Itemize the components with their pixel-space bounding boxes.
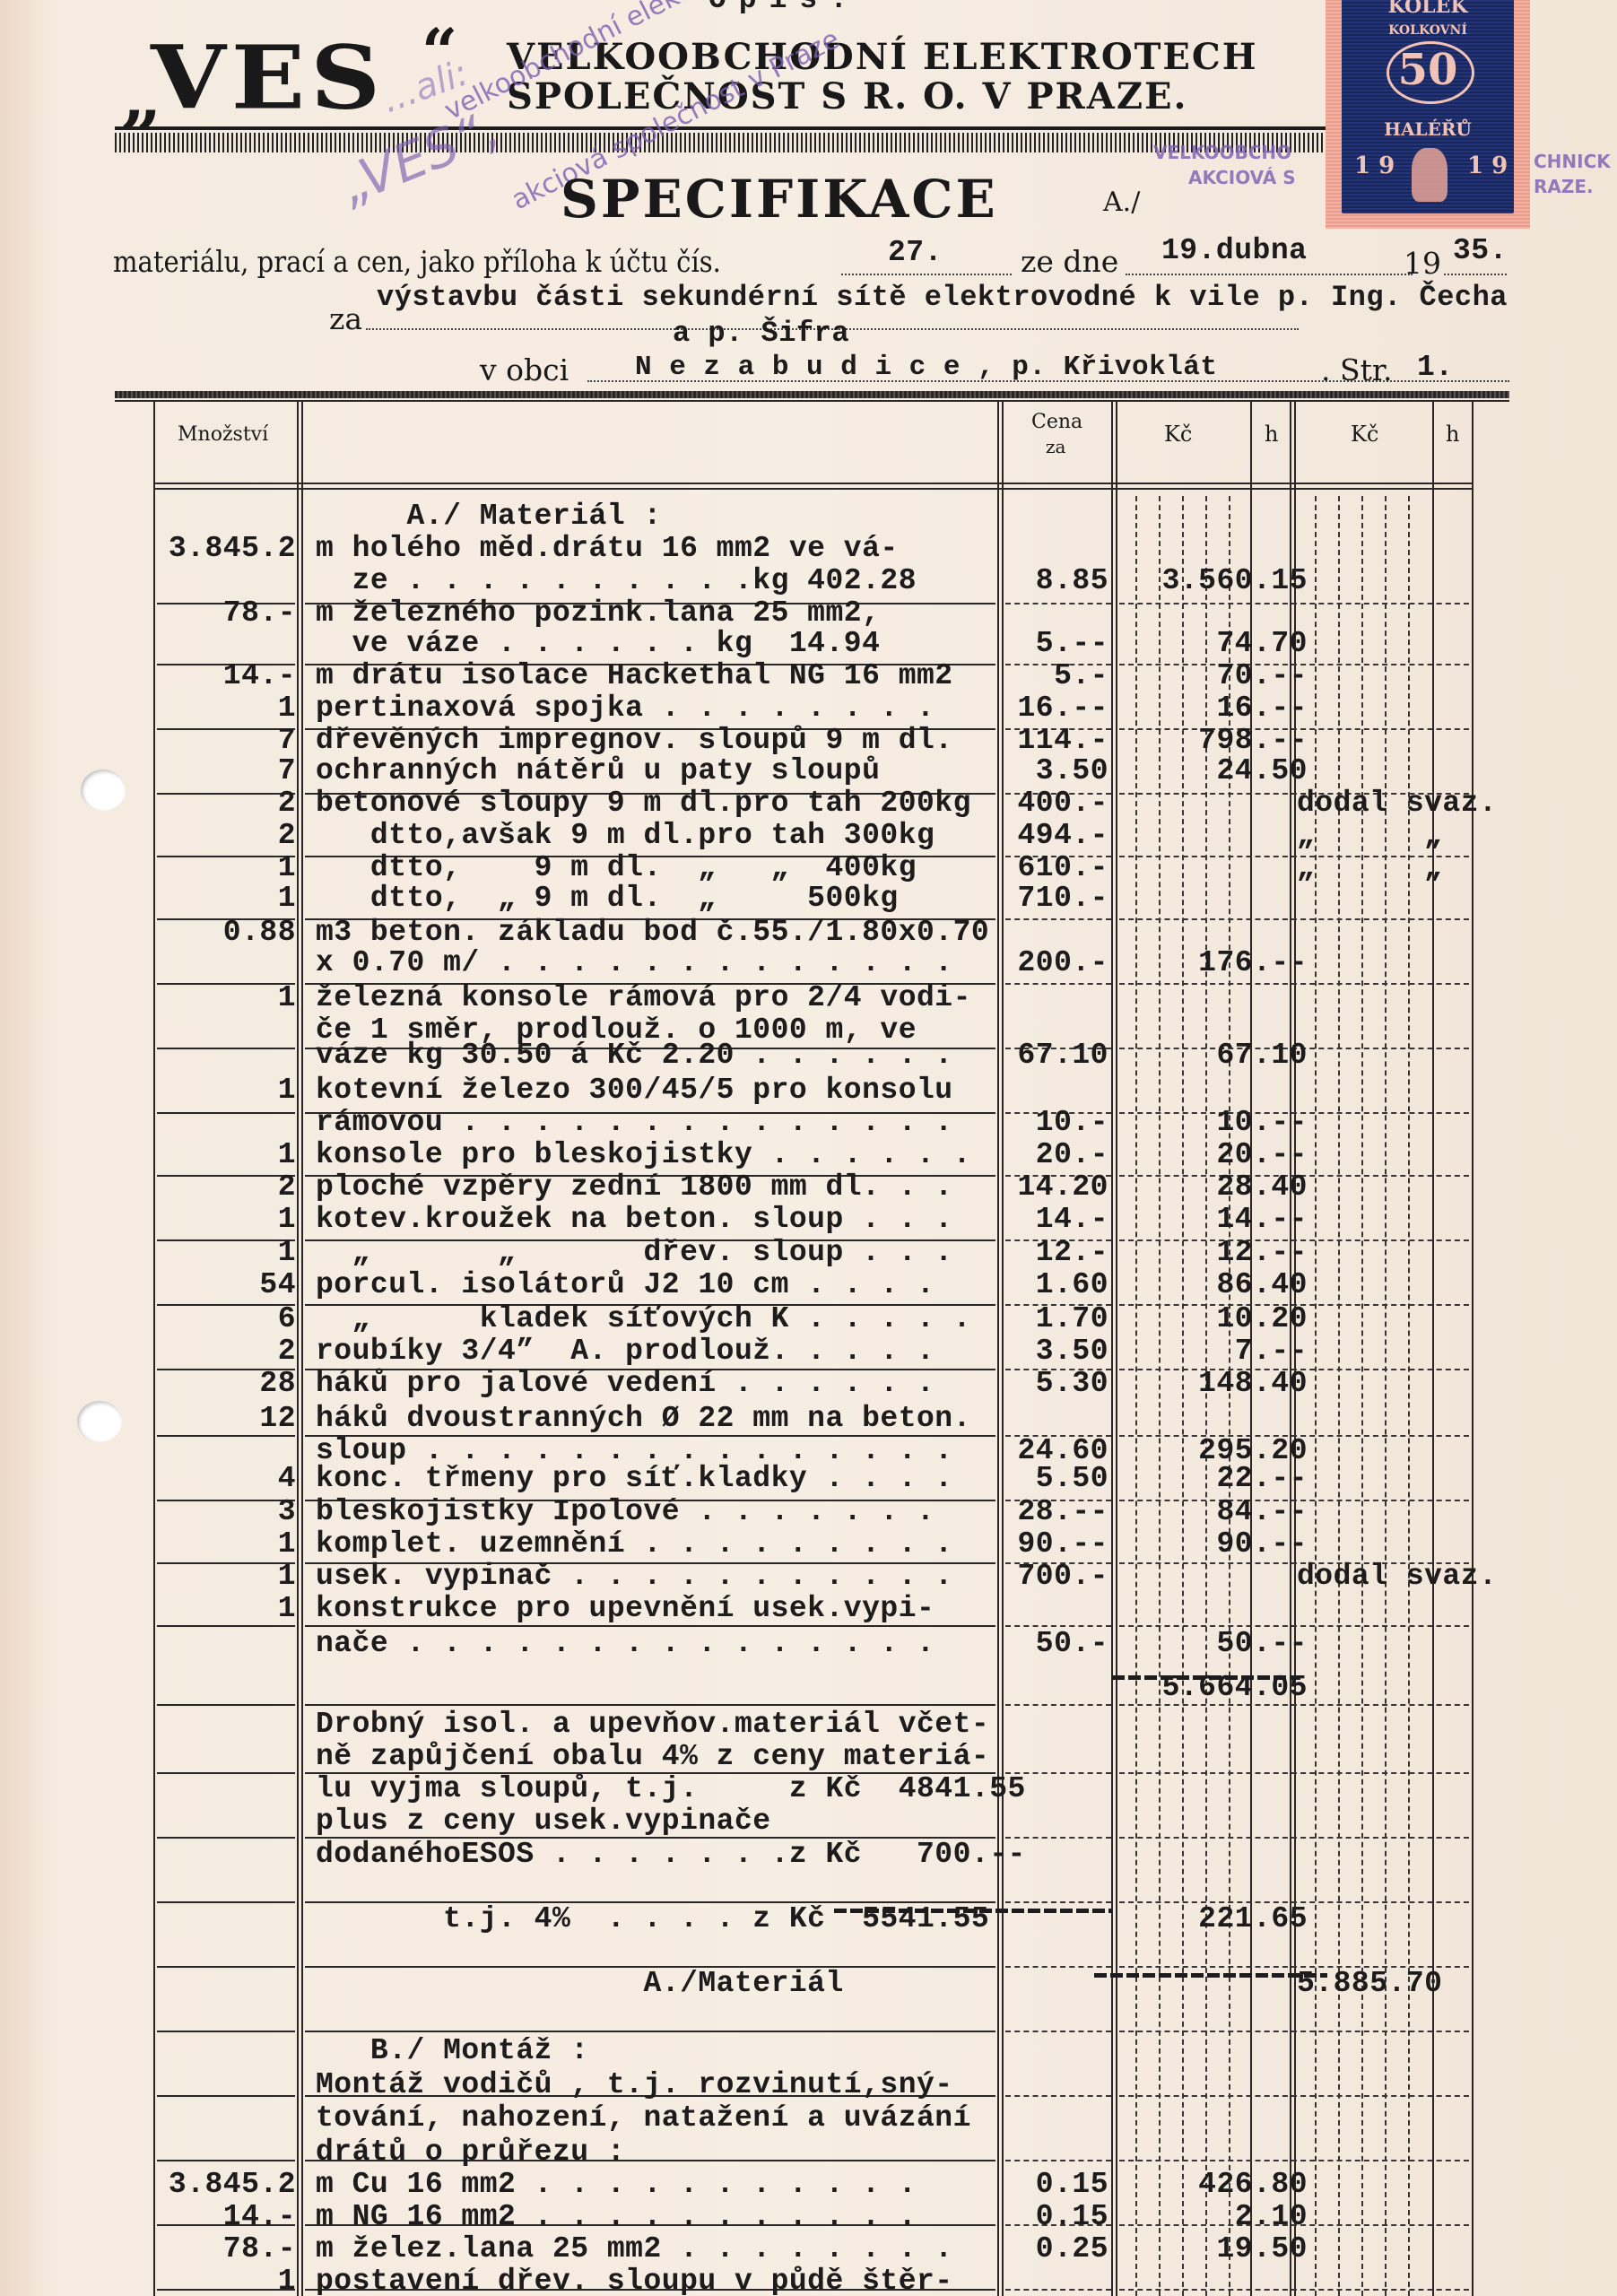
row-unit-price: 0.25: [997, 2233, 1108, 2266]
row-amount: 50.--: [1112, 1628, 1308, 1660]
row-unit-price: 710.-: [997, 883, 1108, 915]
purple-stamp-right-line2-left: AKCIOVÁ S: [1188, 167, 1296, 188]
row-quantity: 1: [152, 852, 296, 884]
row-unit-price: 200.-: [997, 947, 1108, 979]
row-description: B./ Montáž :: [316, 2035, 589, 2067]
header-bottom-rule: [153, 483, 1472, 484]
row-rule-dashed: [1119, 2095, 1469, 2097]
row-description: železná konsole rámová pro 2/4 vodi-: [316, 982, 971, 1014]
row-description: drátů o průřezu :: [316, 2136, 625, 2169]
digit-guide: [1385, 496, 1387, 2296]
row-unit-price: 50.-: [997, 1628, 1108, 1660]
row-rule: [157, 1772, 295, 1774]
row-rule-dashed: [1119, 983, 1469, 985]
row-amount: 28.40: [1112, 1171, 1308, 1204]
row-rule: [305, 1704, 995, 1706]
row-description: ve váze . . . . . . kg 14.94: [316, 628, 880, 660]
row-quantity: 6: [152, 1303, 296, 1335]
row-rule-dashed: [1005, 2031, 1111, 2032]
row-amount: 14.--: [1112, 1204, 1308, 1236]
header-price-line2: za: [1046, 436, 1065, 457]
row-quantity: 7: [152, 755, 296, 787]
revenue-stamp: KOLEK KOLKOVNÍ 50 HALÉŘŮ 1 9 1 9: [1326, 0, 1530, 229]
row-unit-price: 0.15: [997, 2201, 1108, 2233]
purpose-line1: výstavbu části sekundérní sítě elektrovo…: [377, 282, 1508, 314]
row-unit-price: 5.--: [997, 628, 1108, 660]
row-amount: 176.--: [1112, 947, 1308, 979]
header-price-line1: Cena: [1031, 411, 1082, 433]
row-quantity: 1: [152, 883, 296, 915]
date-value: 19.dubna: [1161, 235, 1307, 267]
row-unit-price: 400.-: [997, 787, 1108, 820]
row-unit-price: 700.-: [997, 1561, 1108, 1593]
purple-stamp-right-line1-right: CHNICK: [1534, 151, 1611, 172]
row-unit-price: 494.-: [997, 820, 1108, 852]
row-rule: [157, 1966, 295, 1968]
row-quantity: 3.845.2: [152, 533, 296, 565]
row-description: A./Materiál: [316, 1968, 844, 2000]
row-description: rámovou . . . . . . . . . . . . . .: [316, 1107, 953, 1139]
row-description: porcul. isolátorů J2 10 cm . . . .: [316, 1269, 935, 1301]
row-amount: 2.10: [1112, 2201, 1308, 2233]
row-unit-price: 10.-: [997, 1107, 1108, 1139]
row-quantity: 12: [152, 1403, 296, 1435]
digit-guide: [1361, 496, 1363, 2296]
row-description: konc. třmeny pro síť.kladky . . . .: [316, 1463, 953, 1495]
subtotal-dash-rule: [1112, 1675, 1300, 1680]
row-description: pertinaxová spojka . . . . . . . .: [316, 692, 935, 725]
row-rule-dashed: [1119, 2160, 1469, 2161]
row-quantity: 0.88: [152, 917, 296, 949]
row-quantity: 1: [152, 982, 296, 1014]
row-amount: 16.--: [1112, 692, 1308, 725]
row-amount: 24.50: [1112, 755, 1308, 787]
document-title: SPECIFIKACE: [561, 169, 998, 230]
row-amount: 67.10: [1112, 1039, 1308, 1072]
row-unit-price: 5.-: [997, 660, 1108, 692]
row-description: m drátu isolace Hackethal NG 16 mm2: [316, 660, 953, 692]
row-quantity: 3.845.2: [152, 2169, 296, 2201]
row-description: ochranných nátěrů u paty sloupů: [316, 755, 880, 787]
revenue-stamp-top: KOLEK: [1342, 0, 1514, 18]
row-rule-dashed: [1005, 1901, 1111, 1903]
row-amount: 10.20: [1112, 1303, 1308, 1335]
revenue-stamp-unit: HALÉŘŮ: [1342, 118, 1514, 140]
row-rule: [157, 1625, 295, 1627]
row-unit-price: 5.30: [997, 1368, 1108, 1400]
row-amount: 7.--: [1112, 1335, 1308, 1368]
row-rule-dashed: [1119, 1837, 1469, 1839]
row-rule: [157, 1837, 295, 1839]
row-rule: [157, 1901, 295, 1903]
row-quantity: 2: [152, 1171, 296, 1204]
row-unit-price: 14.-: [997, 1204, 1108, 1236]
row-description: postavení dřev. sloupu v půdě štěr-: [316, 2266, 953, 2296]
row-amount: 70.--: [1112, 660, 1308, 692]
row-amount: 74.70: [1112, 628, 1308, 660]
row-amount-2: dodal svaz.: [1297, 1561, 1602, 1593]
row-rule-dashed: [1005, 603, 1111, 604]
revenue-stamp-year-left: 1 9: [1354, 152, 1399, 179]
purpose-line2: a p. Šifra: [673, 317, 849, 350]
row-description: dodanéhoESOS . . . . . . .z Kč 700.--: [316, 1839, 1026, 1871]
digit-guide: [1408, 496, 1410, 2296]
row-rule-dashed: [1005, 918, 1111, 920]
revenue-stamp-lion-icon: [1412, 148, 1447, 202]
document-title-suffix: A./: [1103, 187, 1140, 218]
header-kc-2: Kč: [1351, 422, 1378, 447]
header-quantity: Množství: [178, 423, 268, 446]
row-quantity: 4: [152, 1463, 296, 1495]
row-rule-dashed: [1119, 2289, 1469, 2291]
purple-stamp-right-line2-right: RAZE.: [1534, 176, 1594, 197]
row-unit-price: 67.10: [997, 1039, 1108, 1072]
page-label: . Str.: [1321, 352, 1393, 387]
row-unit-price: 8.85: [997, 565, 1108, 597]
row-rule: [157, 1435, 295, 1437]
row-description: nače . . . . . . . . . . . . . . .: [316, 1628, 935, 1660]
row-quantity: 1: [152, 1139, 296, 1171]
row-description: komplet. uzemnění . . . . . . . . .: [316, 1528, 953, 1561]
za-label: za: [329, 301, 362, 336]
date-label: ze dne: [1021, 244, 1118, 279]
row-unit-price: 610.-: [997, 852, 1108, 884]
row-unit-price: 12.-: [997, 1237, 1108, 1269]
row-rule: [157, 1704, 295, 1706]
row-quantity: 14.-: [152, 660, 296, 692]
row-quantity: 1: [152, 1593, 296, 1625]
row-description: dtto,avšak 9 m dl.pro tah 300kg: [316, 820, 935, 852]
row-description: „ kladek síťových K . . . . .: [316, 1303, 971, 1335]
row-amount: 20.--: [1112, 1139, 1308, 1171]
row-description: „ „ dřev. sloup . . .: [316, 1237, 953, 1269]
row-quantity: 2: [152, 1335, 296, 1368]
row-rule-dashed: [1119, 603, 1469, 604]
row-amount-2: „ „: [1297, 852, 1602, 884]
row-rule: [157, 1112, 295, 1114]
row-description: tování, nahození, natažení a uvázání: [316, 2102, 971, 2135]
row-description: m železného pozink.lana 25 mm2,: [316, 597, 880, 630]
row-amount: 19.50: [1112, 2233, 1308, 2266]
header-h-2: h: [1446, 422, 1459, 447]
row-rule-dashed: [1005, 983, 1111, 985]
row-unit-price: 1.60: [997, 1269, 1108, 1301]
row-rule-dashed: [1119, 2031, 1469, 2032]
row-description: háků dvoustranných Ø 22 mm na beton.: [316, 1403, 971, 1435]
header-h-1: h: [1265, 422, 1278, 447]
row-description: dtto, „ 9 m dl. „ 500kg: [316, 883, 899, 915]
row-description: dtto, 9 m dl. „ „ 400kg: [316, 852, 917, 884]
row-amount: 426.80: [1112, 2169, 1308, 2201]
row-description: usek. vypinač . . . . . . . . . . .: [316, 1561, 953, 1593]
row-description: m NG 16 mm2 . . . . . . . . . . .: [316, 2201, 917, 2233]
row-unit-price: 14.20: [997, 1171, 1108, 1204]
row-unit-price: 1.70: [997, 1303, 1108, 1335]
row-unit-price: 114.-: [997, 725, 1108, 757]
row-description: kotev.kroužek na beton. sloup . . .: [316, 1204, 953, 1236]
row-amount: 221.65: [1112, 1903, 1308, 1935]
row-quantity: 1: [152, 1528, 296, 1561]
punch-hole-top: [81, 770, 126, 811]
col-border-right: [1472, 402, 1474, 2296]
row-rule-dashed: [1119, 1704, 1469, 1706]
row-amount: 12.--: [1112, 1237, 1308, 1269]
row-unit-price: 28.--: [997, 1496, 1108, 1528]
row-description: konsole pro bleskojistky . . . . . .: [316, 1139, 971, 1171]
col-border-qty-2: [301, 402, 303, 2296]
purple-stamp-right-line1-left: VELKOOBCHO: [1153, 142, 1291, 163]
row-rule-dashed: [1005, 2289, 1111, 2291]
row-description: A./ Materiál :: [316, 500, 662, 533]
row-amount-2: „ „: [1297, 820, 1602, 852]
table-top-rule: [115, 391, 1509, 398]
row-description: ze . . . . . . . . . .kg 402.28: [316, 565, 917, 597]
punch-hole-bottom: [77, 1401, 122, 1442]
row-unit-price: 20.-: [997, 1139, 1108, 1171]
row-unit-price: 5.50: [997, 1463, 1108, 1495]
company-logo: VES: [151, 27, 386, 128]
row-rule-dashed: [1119, 918, 1469, 920]
row-amount: 84.--: [1112, 1496, 1308, 1528]
table-top-rule-2: [115, 400, 1509, 402]
date-dots: [1126, 274, 1413, 275]
row-quantity: 3: [152, 1496, 296, 1528]
revenue-stamp-value: 50: [1342, 45, 1514, 95]
col-border-h2: [1432, 402, 1434, 2296]
row-rule-dashed: [1119, 1772, 1469, 1774]
row-rule-dashed: [1005, 2160, 1111, 2161]
header-bottom-rule-2: [153, 488, 1472, 490]
row-description: m želez.lana 25 mm2 . . . . . . . .: [316, 2233, 953, 2266]
row-description: x 0.70 m/ . . . . . . . . . . . . .: [316, 947, 953, 979]
invoice-number: 27.: [888, 237, 943, 269]
row-description: ně zapůjčení obalu 4% z ceny materiá-: [316, 1741, 989, 1773]
row-amount-2: 5.885.70: [1297, 1968, 1602, 2000]
company-name-line2: SPOLEČNOST S R. O. V PRAZE.: [507, 75, 1187, 117]
row-description: roubíky 3/4” A. prodlouž. . . . .: [316, 1335, 935, 1368]
row-description: m3 beton. základu bod č.55./1.80x0.70: [316, 917, 989, 949]
year-prefix: 19: [1404, 246, 1441, 281]
obec-value: N e z a b u d i c e , p. Křivoklát: [635, 352, 1218, 384]
col-border-qty: [297, 402, 299, 2296]
row-rule: [157, 2160, 295, 2161]
row-quantity: 1: [152, 692, 296, 725]
row-rule: [157, 2095, 295, 2097]
year-suffix: 35.: [1453, 235, 1508, 267]
row-rule: [157, 2031, 295, 2032]
letterhead-rule: [115, 126, 1334, 130]
obec-label: v obci: [480, 352, 569, 387]
copy-label: Opis.: [709, 0, 860, 16]
row-quantity: 1: [152, 1561, 296, 1593]
letterhead-hatched-band: [115, 133, 1334, 152]
row-description: m Cu 16 mm2 . . . . . . . . . . .: [316, 2169, 917, 2201]
row-amount: 798.--: [1112, 725, 1308, 757]
row-rule-dashed: [1005, 1966, 1111, 1968]
row-amount: 148.40: [1112, 1368, 1308, 1400]
row-description: Drobný isol. a upevňov.materiál včet-: [316, 1709, 989, 1741]
row-quantity: 1: [152, 1074, 296, 1107]
row-description: m holého měd.drátu 16 mm2 ve vá-: [316, 533, 899, 565]
invoice-no-dots: [841, 274, 1012, 275]
row-description: Montáž vodičů , t.j. rozvinutí,sný-: [316, 2069, 953, 2101]
base-sum-dash-rule: [834, 1909, 1112, 1913]
row-quantity: 14.-: [152, 2201, 296, 2233]
row-unit-price: 3.50: [997, 1335, 1108, 1368]
row-unit-price: 90.--: [997, 1528, 1108, 1561]
digit-guide: [1338, 496, 1340, 2296]
row-amount: 86.40: [1112, 1269, 1308, 1301]
row-amount: 3.560.15: [1112, 565, 1308, 597]
row-description: bleskojistky Ipolové . . . . . . .: [316, 1496, 935, 1528]
row-quantity: 1: [152, 1237, 296, 1269]
row-rule-dashed: [1005, 2095, 1111, 2097]
row-rule-dashed: [1005, 1704, 1111, 1706]
row-description: háků pro jalové vedení . . . . . .: [316, 1368, 935, 1400]
row-rule: [157, 1048, 295, 1049]
row-quantity: 1: [152, 2266, 296, 2296]
row-quantity: 28: [152, 1368, 296, 1400]
revenue-stamp-mid: KOLKOVNÍ: [1342, 23, 1514, 38]
row-unit-price: 0.15: [997, 2169, 1108, 2201]
row-description: váze kg 30.50 á Kč 2.20 . . . . . .: [316, 1039, 953, 1072]
row-quantity: 2: [152, 787, 296, 820]
row-quantity: 7: [152, 725, 296, 757]
revenue-stamp-year-right: 1 9: [1467, 152, 1512, 179]
material-sum-dash-rule: [1094, 1973, 1327, 1978]
row-quantity: 54: [152, 1269, 296, 1301]
row-description: konstrukce pro upevnění usek.vypi-: [316, 1593, 935, 1625]
row-quantity: 78.-: [152, 597, 296, 630]
row-description: betonové sloupy 9 m dl.pro tah 200kg: [316, 787, 971, 820]
row-description: lu vyjma sloupů, t.j. z Kč 4841.55: [316, 1773, 1026, 1805]
year-dots: [1444, 274, 1507, 275]
row-description: ploché vzpěry zední 1800 mm dl. . .: [316, 1171, 953, 1204]
row-quantity: 1: [152, 1204, 296, 1236]
row-amount: 10.--: [1112, 1107, 1308, 1139]
row-unit-price: 16.--: [997, 692, 1108, 725]
row-quantity: 78.-: [152, 2233, 296, 2266]
row-unit-price: 3.50: [997, 755, 1108, 787]
digit-guide: [1315, 496, 1317, 2296]
row-description: plus z ceny usek.vypinače: [316, 1805, 771, 1838]
header-kc-1: Kč: [1164, 422, 1192, 447]
row-description: dřevěných impregnov. sloupů 9 m dl.: [316, 725, 953, 757]
row-amount: 22.--: [1112, 1463, 1308, 1495]
row-amount-2: dodal svaz.: [1297, 787, 1602, 820]
row-description: kotevní železo 300/45/5 pro konsolu: [316, 1074, 953, 1107]
row-rule: [305, 2031, 995, 2032]
row-amount: 90.--: [1112, 1528, 1308, 1561]
page-number: 1.: [1417, 352, 1454, 384]
revenue-stamp-face: KOLEK KOLKOVNÍ 50 HALÉŘŮ 1 9 1 9: [1342, 0, 1514, 213]
invoice-line-label: materiálu, prací a cen, jako příloha k ú…: [113, 244, 721, 279]
row-quantity: 2: [152, 820, 296, 852]
